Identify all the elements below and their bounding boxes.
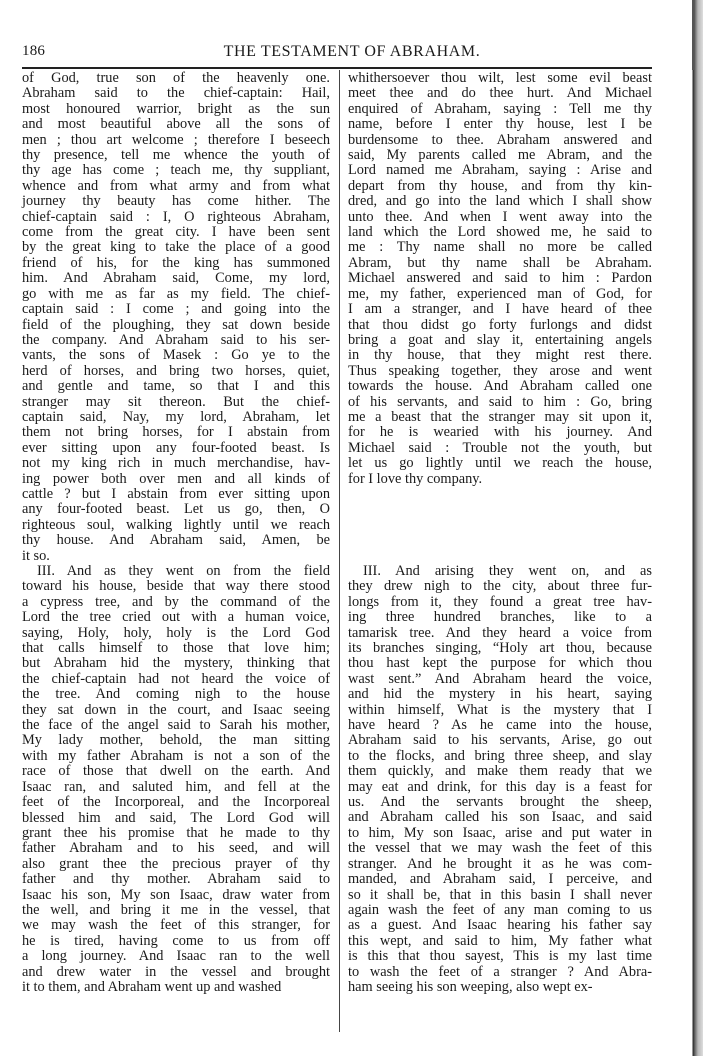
text-line: ing power both over men and all kinds of (22, 472, 330, 487)
text-line: journey thy beauty has come hither. The (22, 194, 330, 209)
text-line: longs from it, they found a great tree h… (348, 595, 652, 610)
text-line: this wept, and said to him, My father wh… (348, 934, 652, 949)
text-line: them quickly, and make them ready that w… (348, 764, 652, 779)
text-line: a cypress tree, and by the command of th… (22, 595, 330, 610)
text-line: me a beast that the stranger may sit upo… (348, 410, 652, 425)
text-line: he is tired, having come to us from off (22, 934, 330, 949)
text-line: the well, and bring it me in the vessel,… (22, 903, 330, 918)
text-line: within himself, What is the mystery that… (348, 703, 652, 718)
text-line: captain said, Nay, my lord, Abraham, let (22, 410, 330, 425)
text-line: stranger. And he brought it as he was co… (348, 857, 652, 872)
text-line: field of the ploughing, they sat down be… (22, 318, 330, 333)
text-line: any four-footed beast. Let us go, then, … (22, 502, 330, 517)
text-line: as a guest. And Isaac hearing his father… (348, 918, 652, 933)
text-line: thy house. And Abraham said, Amen, be (22, 533, 330, 548)
text-line: most honoured warrior, bright as the sun (22, 102, 330, 117)
text-line: we may wash the feet of this stranger, f… (22, 918, 330, 933)
text-line: meet thee and do thee hurt. And Michael (348, 86, 652, 101)
text-line: with my father Abraham is not a son of t… (22, 749, 330, 764)
text-line: them not bring horses, for I abstain fro… (22, 425, 330, 440)
left-column: of God, true son of the heavenly one.Abr… (22, 71, 330, 995)
text-line: burdensome to thee. Abraham answered and (348, 133, 652, 148)
text-line: the tree. And coming nigh to the house (22, 687, 330, 702)
text-line: for he is wearied with his journey. And (348, 425, 652, 440)
text-line: come from the great city. I have been se… (22, 225, 330, 240)
text-line: may eat and drink, for this day is a fea… (348, 780, 652, 795)
text-line: for I love thy company. (348, 472, 652, 487)
text-line: but Abraham hid the mystery, thinking th… (22, 656, 330, 671)
text-line: us. And the servants brought the sheep, (348, 795, 652, 810)
text-line: wast sent.” And Abraham heard the voice, (348, 672, 652, 687)
text-line: Lord the tree cried out with a human voi… (22, 610, 330, 625)
text-line: it to them, and Abraham went up and wash… (22, 980, 330, 995)
text-line: to wash the feet of a stranger ? And Abr… (348, 965, 652, 980)
text-line: thou hast kept the purpose for which tho… (348, 656, 652, 671)
text-line: saying, Holy, holy, holy is the Lord God (22, 626, 330, 641)
text-line: and most beautiful above all the sons of (22, 117, 330, 132)
text-line: the vessel that we may wash the feet of … (348, 841, 652, 856)
text-line: dred, and go into the land which I shall… (348, 194, 652, 209)
text-line: Lord named me Abraham, saying : Arise an… (348, 163, 652, 178)
text-line: they drew nigh to the city, about three … (348, 579, 652, 594)
text-line: Thus speaking together, they arose and w… (348, 364, 652, 379)
text-line: I am a stranger, and I have heard of the… (348, 302, 652, 317)
text-line: so it shall be, that in this basin I sha… (348, 888, 652, 903)
text-line: Isaac his son, My son Isaac, draw water … (22, 888, 330, 903)
text-line: cattle ? but I abstain from ever sitting… (22, 487, 330, 502)
text-line: a long journey. And Isaac ran to the wel… (22, 949, 330, 964)
text-line: go with me as far as my field. The chief… (22, 287, 330, 302)
text-line: father and thy mother. Abraham said to (22, 872, 330, 887)
text-line: again wash the feet of any man coming to… (348, 903, 652, 918)
text-line: thy presence, tell me whence the youth o… (22, 148, 330, 163)
running-title: THE TESTAMENT OF ABRAHAM. (152, 43, 552, 61)
section-heading-line: III. And arising they went on, and as (348, 564, 652, 579)
page-edge-line (692, 0, 694, 70)
text-line: friend of his, for the king has summoned (22, 256, 330, 271)
text-line: the chief-captain had not heard the voic… (22, 672, 330, 687)
text-line: father Abraham and to his seed, and will (22, 841, 330, 856)
text-line: of his servants, and said to him : Go, b… (348, 395, 652, 410)
text-line: Isaac ran, and saluted him, and fell at … (22, 780, 330, 795)
text-line: in thy house, that they might rest there… (348, 348, 652, 363)
text-line: ever sitting upon any four-footed beast.… (22, 441, 330, 456)
text-line: me, my father, experienced man of God, f… (348, 287, 652, 302)
text-line: race of those that dwell on the earth. A… (22, 764, 330, 779)
right-column: whithersoever thou wilt, lest some evil … (348, 71, 652, 995)
text-line: it so. (22, 549, 330, 564)
text-line: enquired of Abraham, saying : Tell me th… (348, 102, 652, 117)
text-line: depart from thy house, and from thy kin- (348, 179, 652, 194)
text-line: toward his house, beside that way there … (22, 579, 330, 594)
text-line: Michael said : Trouble not the youth, bu… (348, 441, 652, 456)
text-line: Abraham said to the chief-captain: Hail, (22, 86, 330, 101)
text-line: whithersoever thou wilt, lest some evil … (348, 71, 652, 86)
text-line: chief-captain said : I, O righteous Abra… (22, 210, 330, 225)
page-number: 186 (22, 43, 45, 60)
section-heading-line: III. And as they went on from the field (22, 564, 330, 579)
text-line: towards the house. And Abraham called on… (348, 379, 652, 394)
text-line: and hid the mystery in his heart, saying (348, 687, 652, 702)
text-line: and gentle and tame, so that I and this (22, 379, 330, 394)
text-line: to the flocks, and bring three sheep, an… (348, 749, 652, 764)
text-line: thy age has come ; teach me, thy supplia… (22, 163, 330, 178)
text-line: and Abraham called his son Isaac, and sa… (348, 810, 652, 825)
text-line: him. And Abraham said, Come, my lord, (22, 271, 330, 286)
text-line: said, My parents called me Abram, and th… (348, 148, 652, 163)
text-line: whence and from what army and from what (22, 179, 330, 194)
header-rule (22, 67, 652, 69)
text-line: unto thee. And when I went away into the (348, 210, 652, 225)
text-line: the company. And Abraham said to his ser… (22, 333, 330, 348)
text-line: captain said : I come ; and going into t… (22, 302, 330, 317)
text-line: is this that thou sayest, This is my las… (348, 949, 652, 964)
page-edge-shadow (688, 0, 703, 1056)
text-line: men ; thou art welcome ; therefore I bes… (22, 133, 330, 148)
text-line: also grant thee the precious prayer of t… (22, 857, 330, 872)
text-line: grant thee his promise that he made to t… (22, 826, 330, 841)
text-line: that calls himself to those that love hi… (22, 641, 330, 656)
column-divider (339, 70, 340, 1032)
text-line: Abram, but thy name shall be Abraham. (348, 256, 652, 271)
text-line: me : Thy name shall no more be called (348, 240, 652, 255)
text-line: the face of the angel said to Sarah his … (22, 718, 330, 733)
text-line: that thou didst go forty furlongs and di… (348, 318, 652, 333)
text-line: to him, My son Isaac, arise and put wate… (348, 826, 652, 841)
text-line: ham seeing his son weeping, also wept ex… (348, 980, 652, 995)
text-line: bring a goat and slay it, entertaining a… (348, 333, 652, 348)
text-line: Michael answered and said to him : Pardo… (348, 271, 652, 286)
text-line: its branches singing, “Holy art thou, be… (348, 641, 652, 656)
text-line: of God, true son of the heavenly one. (22, 71, 330, 86)
text-line: My lady mother, behold, the man sitting (22, 733, 330, 748)
text-line: blessed him and said, The Lord God will (22, 811, 330, 826)
text-line: by the great king to take the place of a… (22, 240, 330, 255)
text-line: Abraham said to his servants, Arise, go … (348, 733, 652, 748)
page-header: 186 THE TESTAMENT OF ABRAHAM. (22, 43, 652, 63)
text-line: herd of horses, and bring two horses, qu… (22, 364, 330, 379)
text-line: have heard ? As he came into the house, (348, 718, 652, 733)
text-line: tamarisk tree. And they heard a voice fr… (348, 626, 652, 641)
text-line: they sat down in the court, and Isaac se… (22, 703, 330, 718)
text-line: vants, the sons of Masek : Go ye to the (22, 348, 330, 363)
text-line: land which the Lord showed me, he said t… (348, 225, 652, 240)
text-line: and drew water in the vessel and brought (22, 965, 330, 980)
text-line: stranger may sit thereon. But the chief- (22, 395, 330, 410)
text-line: manded, and Abraham said, I perceive, an… (348, 872, 652, 887)
text-line: name, before I enter thy house, lest I b… (348, 117, 652, 132)
section-gap (348, 487, 652, 564)
text-line: righteous soul, walking lightly until we… (22, 518, 330, 533)
text-line: feet of the Incorporeal, and the Incorpo… (22, 795, 330, 810)
text-line: ing three hundred branches, like to a (348, 610, 652, 625)
text-line: let us go lightly until we reach the hou… (348, 456, 652, 471)
text-line: not my king rich in much merchandise, ha… (22, 456, 330, 471)
